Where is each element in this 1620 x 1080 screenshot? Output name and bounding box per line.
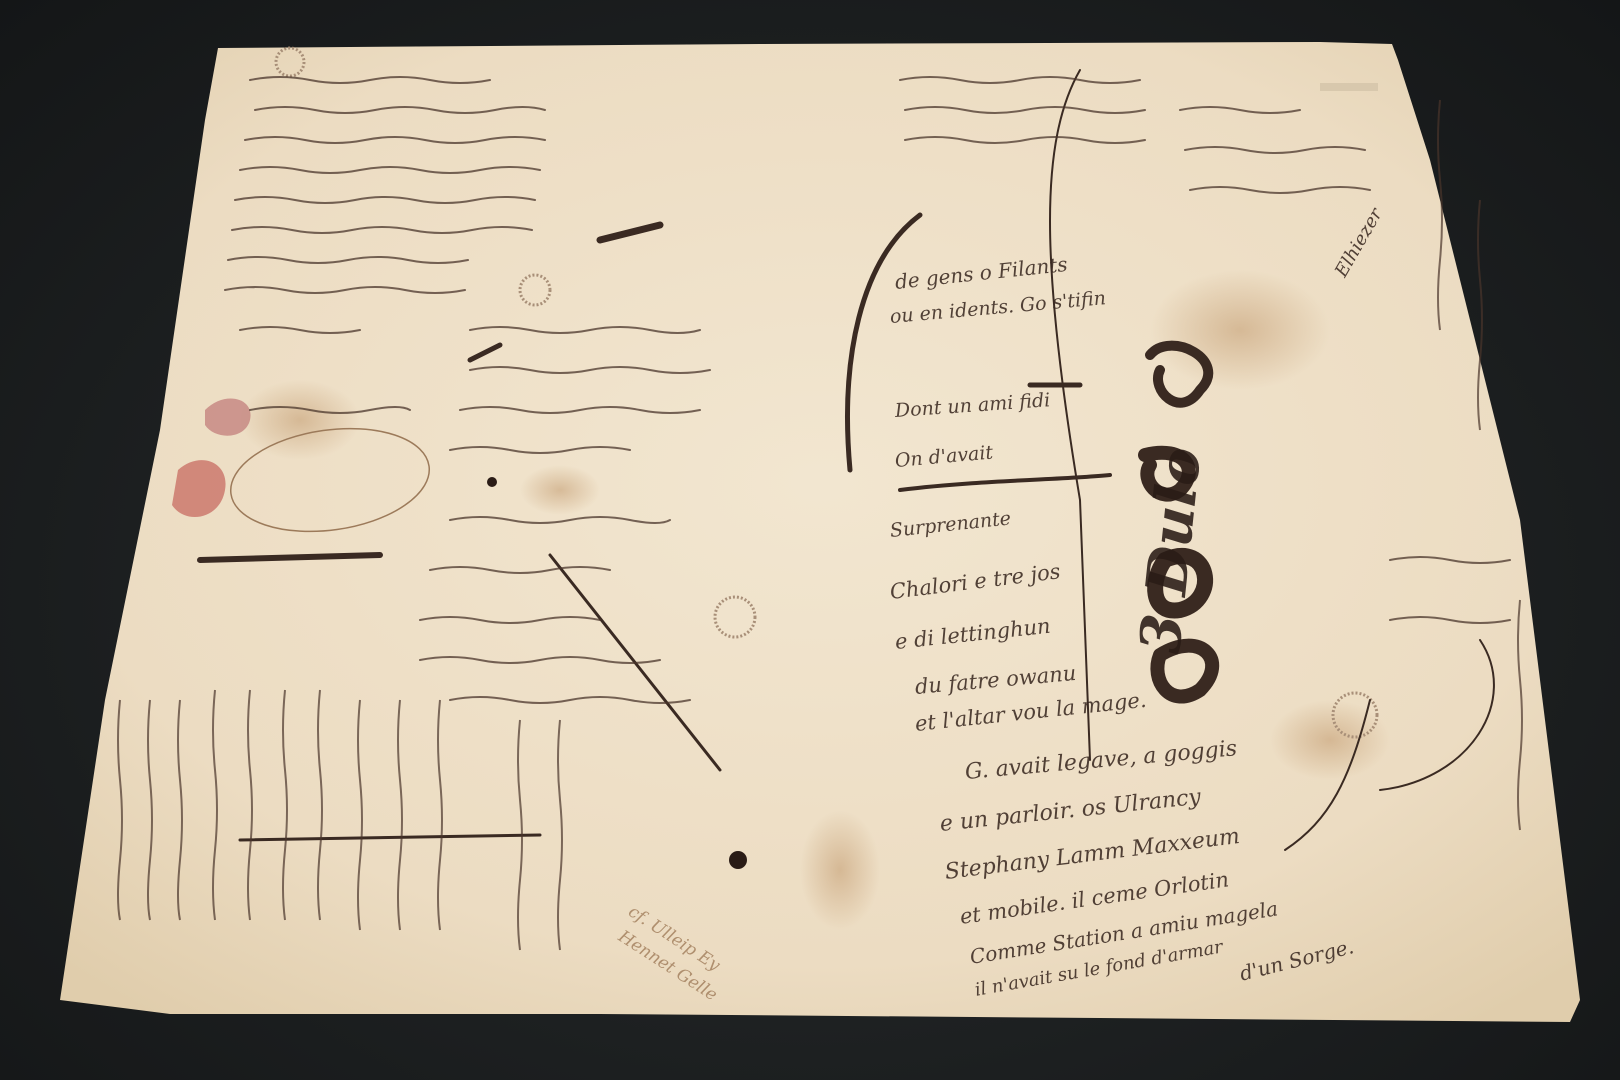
manuscript-sheet (0, 0, 1620, 1080)
photo-scene: de gens o Filantsou en idents. Go s'tifi… (0, 0, 1620, 1080)
